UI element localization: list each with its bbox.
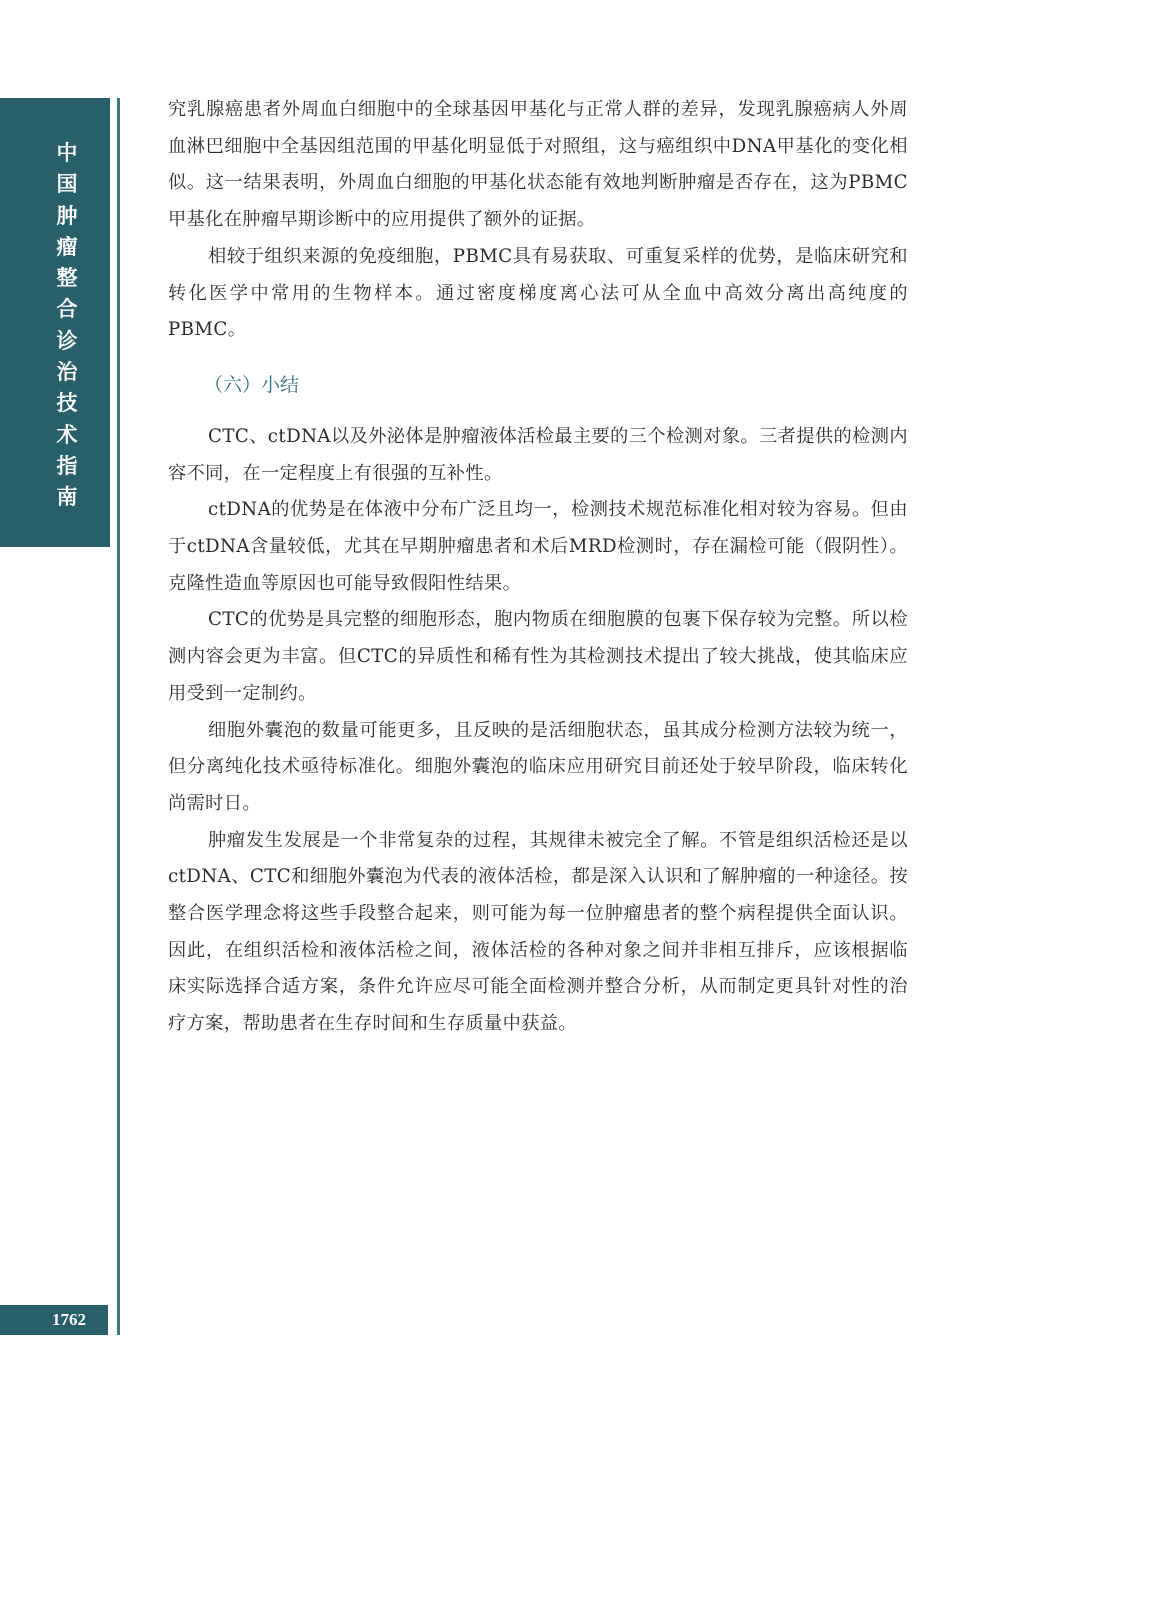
book-title-char: 术 xyxy=(57,420,78,451)
book-title-vertical: 中 国 肿 瘤 整 合 诊 治 技 术 指 南 xyxy=(52,138,82,514)
section-heading: （六）小结 xyxy=(204,367,908,403)
paragraph: CTC的优势是具完整的细胞形态，胞内物质在细胞膜的包裹下保存较为完整。所以检测内… xyxy=(168,602,908,712)
paragraph: 细胞外囊泡的数量可能更多，且反映的是活细胞状态，虽其成分检测方法较为统一，但分离… xyxy=(168,713,908,823)
paragraph: 究乳腺癌患者外周血白细胞中的全球基因甲基化与正常人群的差异，发现乳腺癌病人外周血… xyxy=(168,92,908,239)
book-title-char: 诊 xyxy=(57,326,78,357)
book-title-char: 合 xyxy=(57,294,78,325)
book-title-char: 南 xyxy=(57,482,78,513)
page-number: 1762 xyxy=(52,1310,86,1330)
book-title-char: 国 xyxy=(57,169,78,200)
paragraph: CTC、ctDNA以及外泌体是肿瘤液体活检最主要的三个检测对象。三者提供的检测内… xyxy=(168,419,908,492)
book-title-char: 瘤 xyxy=(57,232,78,263)
book-title-char: 整 xyxy=(57,263,78,294)
paragraph: 相较于组织来源的免疫细胞，PBMC具有易获取、可重复采样的优势，是临床研究和转化… xyxy=(168,239,908,349)
paragraph: ctDNA的优势是在体液中分布广泛且均一，检测技术规范标准化相对较为容易。但由于… xyxy=(168,492,908,602)
page-number-box: 1762 xyxy=(0,1305,108,1335)
margin-rule xyxy=(117,98,120,1335)
book-title-char: 中 xyxy=(57,138,78,169)
book-title-char: 技 xyxy=(57,388,78,419)
book-title-char: 肿 xyxy=(57,201,78,232)
book-title-char: 治 xyxy=(57,357,78,388)
body-text: 究乳腺癌患者外周血白细胞中的全球基因甲基化与正常人群的差异，发现乳腺癌病人外周血… xyxy=(168,92,908,1043)
book-title-char: 指 xyxy=(57,451,78,482)
paragraph: 肿瘤发生发展是一个非常复杂的过程，其规律未被完全了解。不管是组织活检还是以ctD… xyxy=(168,823,908,1043)
